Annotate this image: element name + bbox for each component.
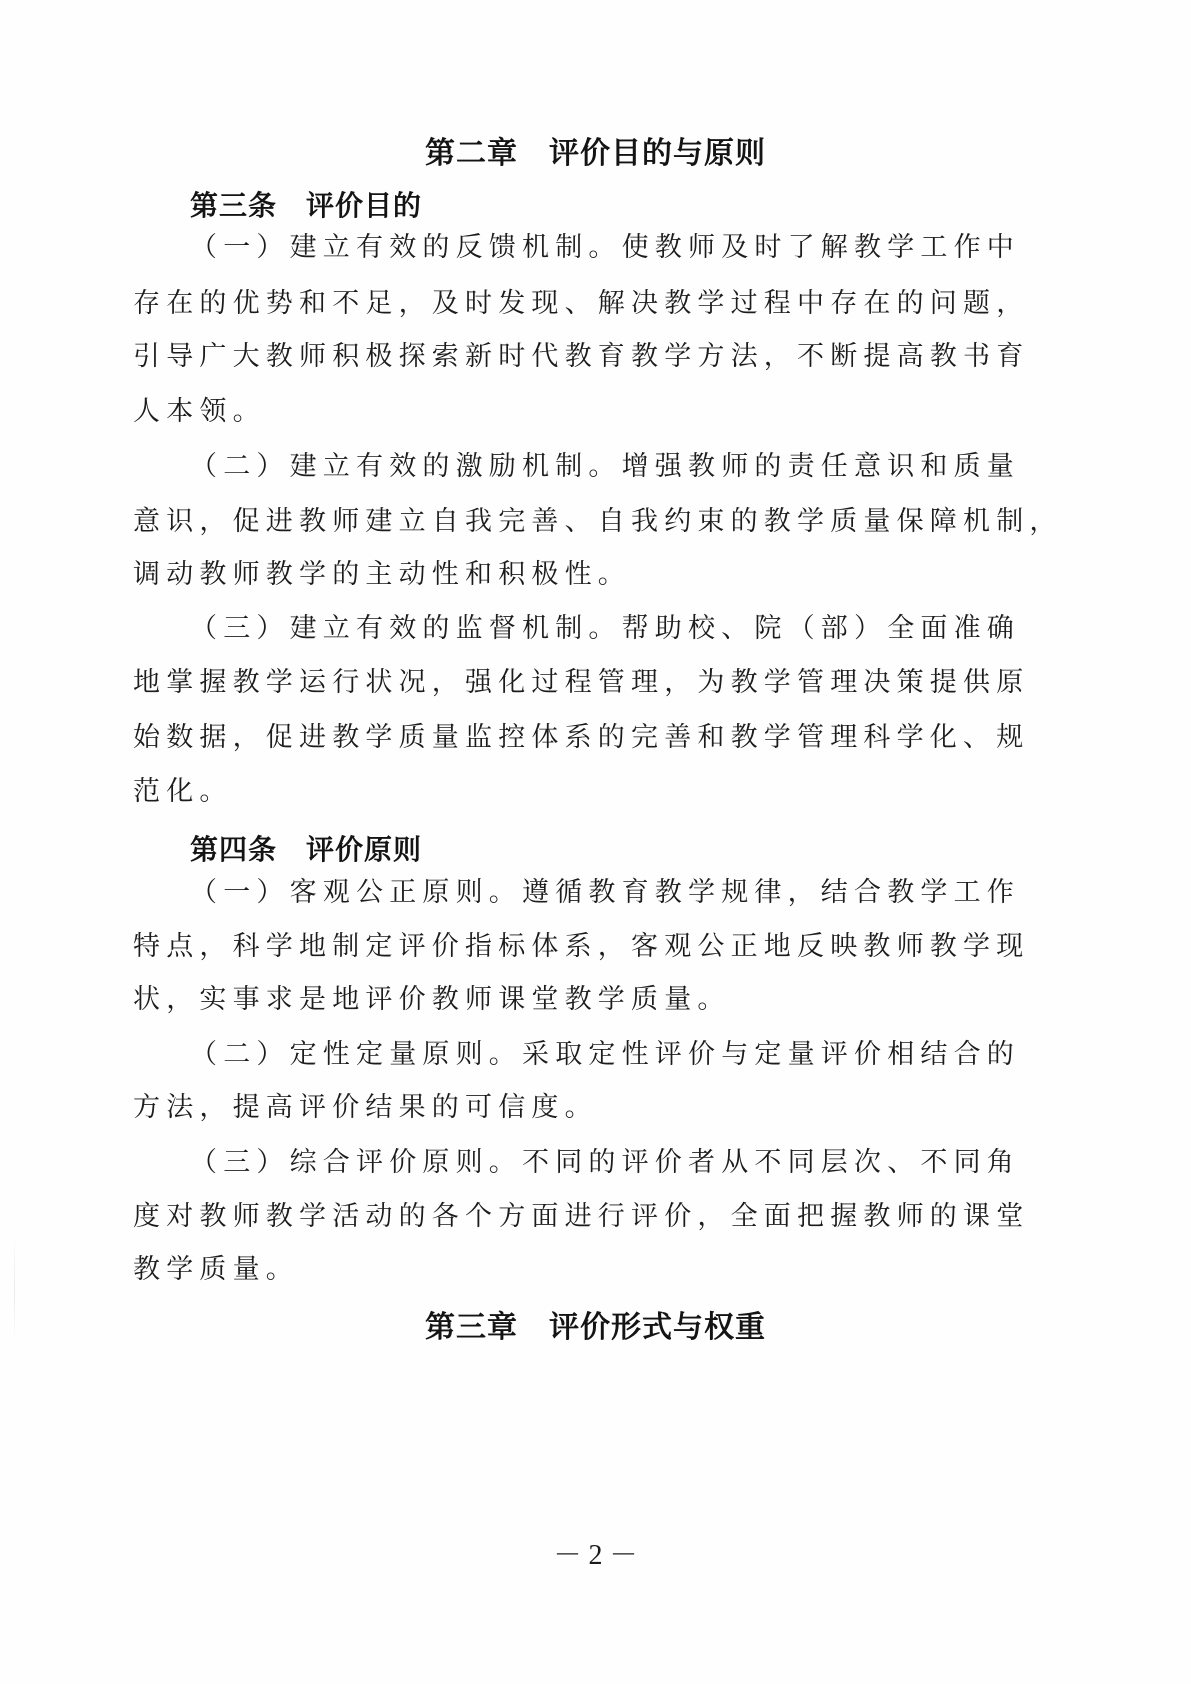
article-4-title: 第四条 评价原则 — [190, 828, 422, 868]
paragraph-line: 方法，提高评价结果的可信度。 — [133, 1091, 598, 1125]
paragraph-line: 意识，促进教师建立自我完善、自我约束的教学质量保障机制， — [133, 505, 1063, 539]
paragraph-line: （三）建立有效的监督机制。帮助校、院（部）全面准确 — [190, 612, 1020, 646]
paragraph-line: （一）建立有效的反馈机制。使教师及时了解教学工作中 — [190, 231, 1020, 265]
page-number: － 2 － — [0, 1533, 1191, 1573]
chapter-2-title: 第二章 评价目的与原则 — [0, 128, 1191, 172]
paragraph-line: 度对教师教学活动的各个方面进行评价，全面把握教师的课堂 — [133, 1200, 1029, 1234]
paragraph-line: （二）建立有效的激励机制。增强教师的责任意识和质量 — [190, 450, 1020, 484]
article-3-title: 第三条 评价目的 — [190, 184, 422, 224]
paragraph-line: 调动教师教学的主动性和积极性。 — [133, 558, 631, 592]
paragraph-line: 状，实事求是地评价教师课堂教学质量。 — [133, 983, 731, 1017]
paragraph-line: 地掌握教学运行状况，强化过程管理，为教学管理决策提供原 — [133, 666, 1029, 700]
chapter-3-title: 第三章 评价形式与权重 — [0, 1302, 1191, 1346]
document-page: 第二章 评价目的与原则 第三条 评价目的 （一）建立有效的反馈机制。使教师及时了… — [0, 0, 1191, 1684]
paragraph-line: 存在的优势和不足，及时发现、解决教学过程中存在的问题， — [133, 287, 1029, 321]
paragraph-line: （二）定性定量原则。采取定性评价与定量评价相结合的 — [190, 1038, 1020, 1072]
paragraph-line: 特点，科学地制定评价指标体系，客观公正地反映教师教学现 — [133, 930, 1029, 964]
paragraph-line: 人本领。 — [133, 395, 266, 429]
paragraph-line: 教学质量。 — [133, 1253, 299, 1287]
paragraph-line: 范化。 — [133, 775, 233, 809]
paragraph-line: 始数据，促进教学质量监控体系的完善和教学管理科学化、规 — [133, 721, 1029, 755]
paragraph-line: （三）综合评价原则。不同的评价者从不同层次、不同角 — [190, 1146, 1020, 1180]
paragraph-line: 引导广大教师积极探索新时代教育教学方法，不断提高教书育 — [133, 340, 1029, 374]
paragraph-line: （一）客观公正原则。遵循教育教学规律，结合教学工作 — [190, 876, 1020, 910]
